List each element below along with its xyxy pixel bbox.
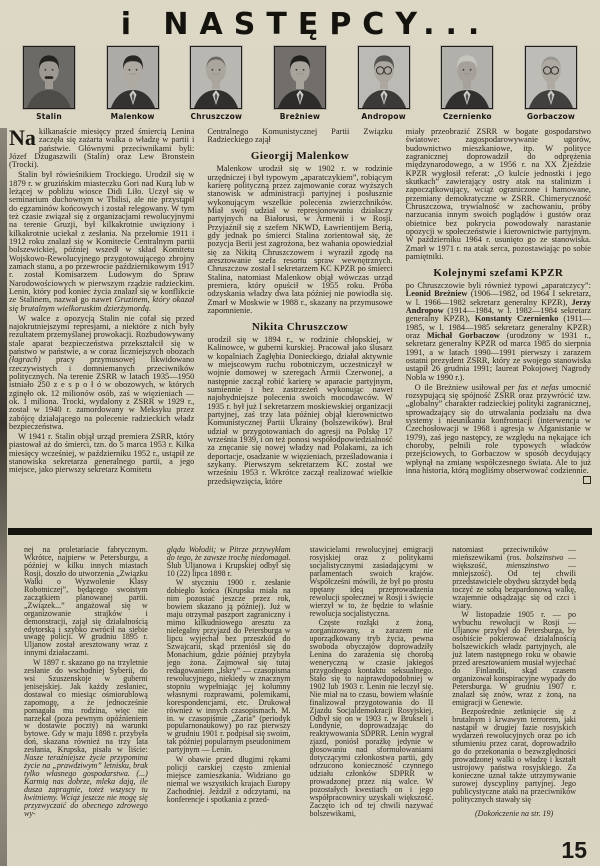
portrait-caption: Malenkow — [111, 112, 155, 121]
paragraph: Bezpośrednie zetknięcie się z brutalnym … — [452, 708, 576, 805]
text-segment: miały przeobrazić ZSRR w bogate gospodar… — [406, 128, 591, 261]
text-segment: Stalin był rówieśnikiem Trockiego. Urodz… — [9, 170, 194, 304]
paragraph: W 1941 r. Stalin objął urząd premiera ZS… — [9, 433, 194, 476]
paragraph: po Chruszczowie byli również typowi „apa… — [406, 282, 591, 384]
paragraph: urodził się w 1894 r., w rodzinie chłops… — [207, 336, 392, 488]
article-top: Nakilkanaście miesięcy przed śmiercią Le… — [0, 128, 600, 522]
text-segment: W obawie przed długimi rękami policji ca… — [167, 755, 291, 804]
paragraph: W listopadzie 1905 r. — po wybuchu rewol… — [452, 611, 576, 708]
text-segment: W walce z opozycją Stalin nie cofał się … — [9, 314, 194, 356]
portrait-czernienko: Czernienko — [427, 46, 507, 121]
text-segment: stawicielami rewolucyjnej emigracji rosy… — [310, 546, 434, 618]
text-segment: urodził się w 1894 r., w rodzinie chłops… — [207, 335, 392, 486]
paragraph: miały przeobrazić ZSRR w bogate gospodar… — [406, 128, 591, 263]
text-segment: Malenkow urodził się w 1902 r. w rodzini… — [207, 164, 392, 315]
drop-cap: Na — [9, 128, 39, 145]
text-segment: Nasze teraźniejsze życie przypomina życi… — [24, 753, 148, 818]
portrait-caption: Czernienko — [443, 112, 492, 121]
text-column: miały przeobrazić ZSRR w bogate gospodar… — [406, 128, 591, 522]
text-segment: pracy przymusowej likwidowano rzeczywist… — [9, 355, 194, 431]
portrait-photo-malenkow — [107, 46, 159, 109]
portrait-strip: StalinMalenkowChruszczowBreżniewAndropow… — [0, 44, 600, 121]
text-segment: (urodzony w 1931 r., sekretarz generalny… — [406, 331, 591, 382]
paragraph: natomiast przeciwników — mieńszewikami (… — [452, 546, 576, 611]
text-segment: W listopadzie 1905 r. — po wybuchu rewol… — [452, 610, 576, 706]
portrait-photo-chruszczow — [190, 46, 242, 109]
portrait-photo-gorbaczow — [525, 46, 577, 109]
text-column: stawicielami rewolucyjnej emigracji rosy… — [310, 546, 434, 858]
portrait-andropow: Andropow — [344, 46, 424, 121]
section-divider — [8, 528, 592, 535]
text-column: natomiast przeciwników — mieńszewikami (… — [452, 546, 576, 858]
portrait-caption: Andropow — [361, 112, 405, 121]
text-segment: Bezpośrednie zetknięcie się z brutalnym … — [452, 707, 576, 803]
paragraph: O ile Breżniew usiłował per fas et nefas… — [406, 384, 591, 477]
text-segment: Centralnego Komunistycznej Partii Związk… — [207, 128, 392, 144]
text-segment: — mniejszość). Od tej chwili przedstawic… — [452, 561, 576, 610]
portrait-caption: Gorbaczow — [527, 112, 575, 121]
paragraph: Centralnego Komunistycznej Partii Związk… — [207, 128, 392, 146]
text-column: glądu Wołodii; w Pitrze przywykłam do te… — [167, 546, 291, 858]
page-number: 15 — [561, 839, 587, 862]
paragraph: Stalin był rówieśnikiem Trockiego. Urodz… — [9, 171, 194, 314]
paragraph: W 1897 r. skazano go na trzyletnie zesła… — [24, 659, 148, 820]
paragraph: nej na proletariacie fabrycznym. Wkrótce… — [24, 546, 148, 659]
portrait-photo-stalin — [23, 46, 75, 109]
paragraph: glądu Wołodii; w Pitrze przywykłam do te… — [167, 546, 291, 579]
portrait-photo-czernienko — [441, 46, 493, 109]
portrait-caption: Breżniew — [280, 112, 320, 121]
end-of-article-mark — [583, 476, 591, 484]
paragraph: (Dokończenie na str. 19) — [452, 805, 576, 819]
portrait-caption: Chruszczow — [191, 112, 243, 121]
text-segment: nej na proletariacie fabrycznym. Wkrótce… — [24, 546, 148, 657]
portrait-gorbaczow: Gorbaczow — [511, 46, 591, 121]
paragraph: W obawie przed długimi rękami policji ca… — [167, 756, 291, 805]
text-segment: (Dokończenie na str. 19) — [475, 809, 553, 818]
magazine-page: i NASTĘPCY... StalinMalenkowChruszczowBr… — [0, 0, 600, 866]
portrait-photo-brezniew — [274, 46, 326, 109]
portrait-caption: Stalin — [36, 112, 62, 121]
text-segment: Częste rozłąki z żoną, zorganizowany, a … — [310, 618, 434, 818]
article-heading: Kolejnymi szefami KPZR — [406, 267, 591, 279]
text-column: Centralnego Komunistycznej Partii Związk… — [207, 128, 392, 522]
paragraph: W walce z opozycją Stalin nie cofał się … — [9, 315, 194, 433]
paragraph: Malenkow urodził się w 1902 r. w rodzini… — [207, 165, 392, 317]
text-column: Nakilkanaście miesięcy przed śmiercią Le… — [9, 128, 194, 522]
text-segment: W 1897 r. skazano go na trzyletnie zesła… — [24, 658, 148, 754]
paragraph: Nakilkanaście miesięcy przed śmiercią Le… — [9, 128, 194, 171]
text-segment: glądu Wołodii; w Pitrze przywykłam do te… — [167, 546, 291, 562]
portrait-brezniew: Breżniew — [260, 46, 340, 121]
text-segment: Ślub Uljanowa i Krupskiej odbył się 10 (… — [167, 561, 291, 578]
paragraph: stawicielami rewolucyjnej emigracji rosy… — [310, 546, 434, 619]
page-title: i NASTĘPCY... — [0, 0, 600, 44]
paragraph: W styczniu 1900 r. zesłanie dobiegło koń… — [167, 579, 291, 755]
article-bottom: nej na proletariacie fabrycznym. Wkrótce… — [0, 546, 600, 858]
portrait-malenkow: Malenkow — [93, 46, 173, 121]
portrait-stalin: Stalin — [9, 46, 89, 121]
text-segment: W 1941 r. Stalin objął urząd premiera ZS… — [9, 432, 194, 474]
portrait-chruszczow: Chruszczow — [176, 46, 256, 121]
portrait-photo-andropow — [358, 46, 410, 109]
text-segment: umocnić rozsypującą się spójność ZSRR or… — [406, 383, 591, 475]
text-segment: W styczniu 1900 r. zesłanie dobiegło koń… — [167, 578, 291, 754]
article-heading: Nikita Chruszczow — [207, 321, 392, 333]
paragraph: Częste rozłąki z żoną, zorganizowany, a … — [310, 619, 434, 819]
article-heading: Gieorgij Malenkow — [207, 150, 392, 162]
text-column: nej na proletariacie fabrycznym. Wkrótce… — [24, 546, 148, 858]
